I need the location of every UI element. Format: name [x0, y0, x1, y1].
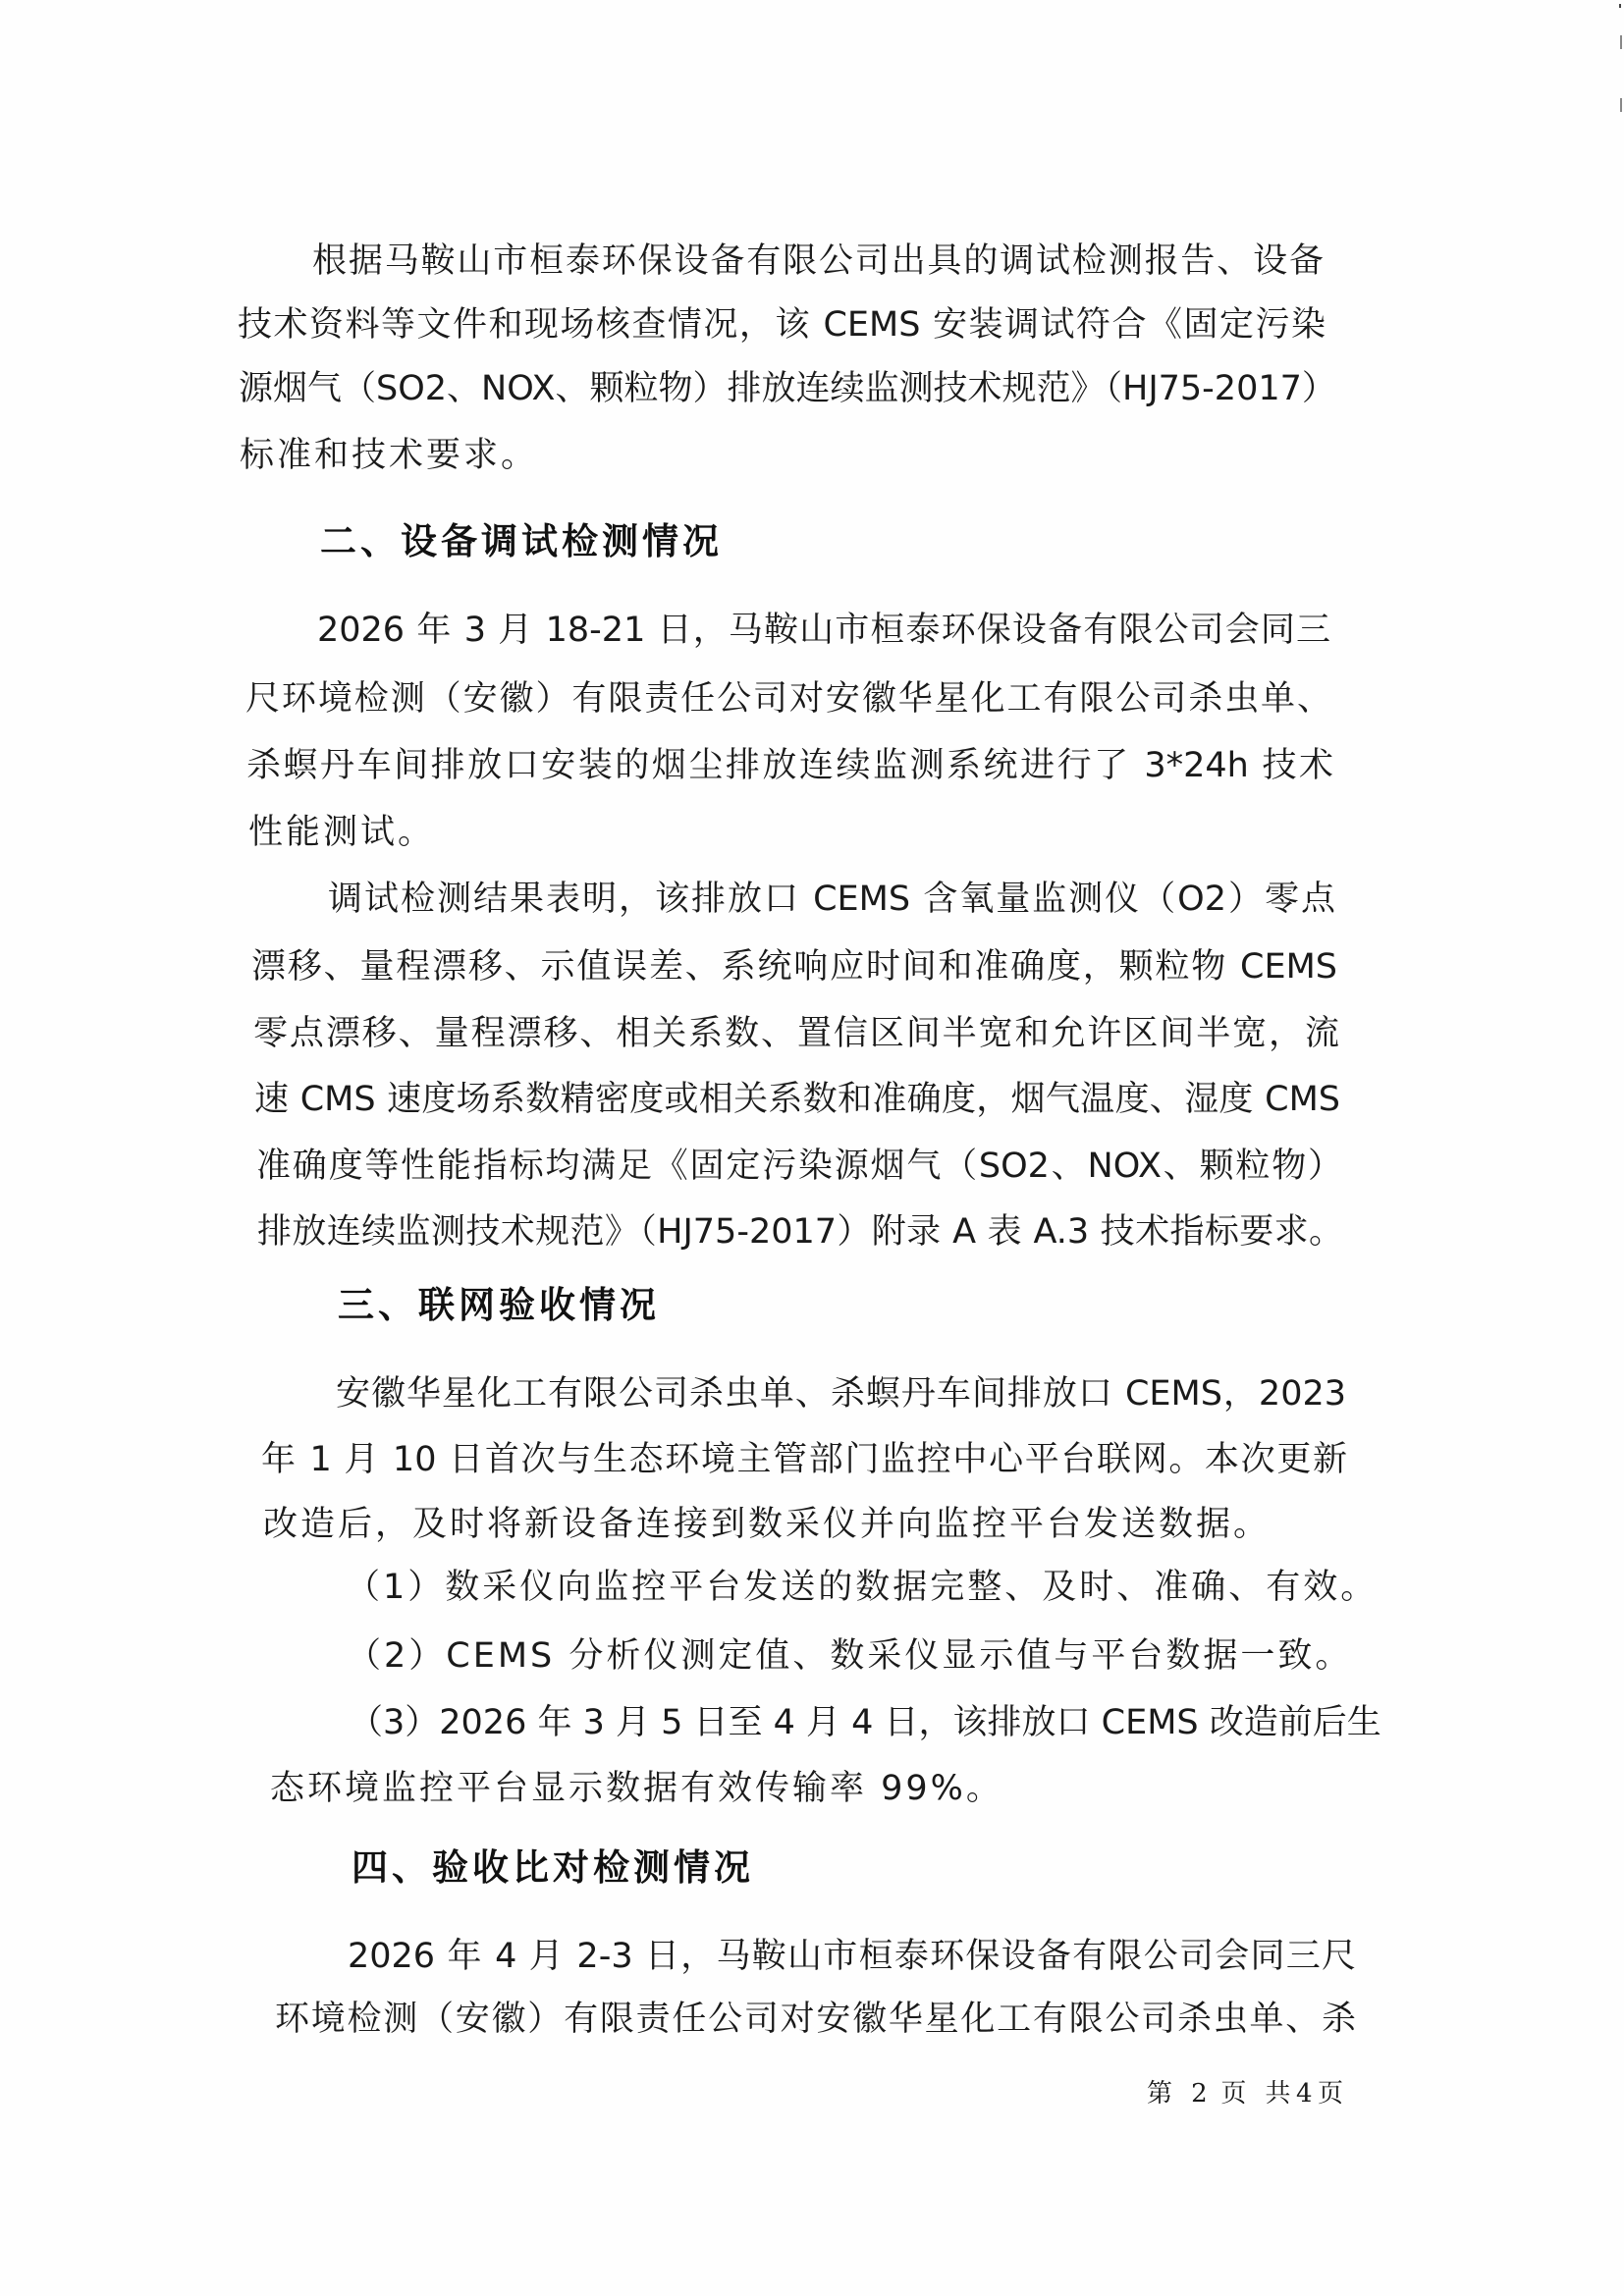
paragraph-line: 杀螟丹车间排放口安装的烟尘排放连续监测系统进行了 3*24h 技术 — [246, 740, 1333, 791]
paragraph-line: 年 1 月 10 日首次与生态环境主管部门监控中心平台联网。本次更新 — [261, 1434, 1347, 1485]
section-heading: 三、联网验收情况 — [338, 1278, 660, 1333]
paragraph-line: 源烟气（SO2、NOX、颗粒物）排放连续监测技术规范》（HJ75-2017） — [239, 363, 1326, 414]
paragraph-line: 根据马鞍山市桓泰环保设备有限公司出具的调试检测报告、设备 — [312, 236, 1324, 287]
paragraph-line: 环境检测（安徽）有限责任公司对安徽华星化工有限公司杀虫单、杀 — [275, 1994, 1356, 2045]
scan-mark — [1620, 35, 1622, 49]
list-item: （3）2026 年 3 月 5 日至 4 月 4 日，该排放口 CEMS 改造前… — [349, 1697, 1355, 1748]
paragraph-line: 性能测试。 — [248, 807, 435, 858]
paragraph-line: 技术资料等文件和现场核查情况，该 CEMS 安装调试符合《固定污染 — [238, 299, 1326, 350]
paragraph-line: 标准和技术要求。 — [240, 430, 538, 481]
scan-mark — [1620, 98, 1622, 112]
paragraph-line: 2026 年 3 月 18-21 日，马鞍山市桓泰环保设备有限公司会同三 — [317, 605, 1330, 656]
paragraph-line: 准确度等性能指标均满足《固定污染源烟气（SO2、NOX、颗粒物） — [256, 1141, 1342, 1192]
paragraph-line: 改造后，及时将新设备连接到数采仪并向监控平台发送数据。 — [263, 1499, 1271, 1550]
paragraph-line: 2026 年 4 月 2-3 日，马鞍山市桓泰环保设备有限公司会同三尺 — [348, 1931, 1356, 1982]
paragraph-line: 速 CMS 速度场系数精密度或相关系数和准确度，烟气温度、湿度 CMS — [254, 1074, 1340, 1125]
paragraph-line: 排放连续监测技术规范》（HJ75-2017）附录 A 表 A.3 技术指标要求。 — [257, 1206, 1343, 1257]
page-number: 第 2 页 共4页 — [1147, 2074, 1343, 2113]
section-heading: 四、验收比对检测情况 — [352, 1841, 754, 1896]
list-item: （1）数采仪向监控平台发送的数据完整、及时、准确、有效。 — [346, 1562, 1378, 1613]
paragraph-line: 安徽华星化工有限公司杀虫单、杀螟丹车间排放口 CEMS，2023 — [336, 1368, 1346, 1419]
scan-mark — [1619, 4, 1621, 8]
paragraph-line: 调试检测结果表明，该排放口 CEMS 含氧量监测仪（O2）零点 — [328, 874, 1335, 925]
paragraph-line: 零点漂移、量程漂移、相关系数、置信区间半宽和允许区间半宽，流 — [253, 1008, 1339, 1059]
list-item: 态环境监控平台显示数据有效传输率 99%。 — [270, 1763, 1003, 1814]
paragraph-line: 尺环境检测（安徽）有限责任公司对安徽华星化工有限公司杀虫单、 — [245, 673, 1331, 724]
document-page: 根据马鞍山市桓泰环保设备有限公司出具的调试检测报告、设备 技术资料等文件和现场核… — [0, 0, 1624, 2296]
paragraph-line: 漂移、量程漂移、示值误差、系统响应时间和准确度，颗粒物 CEMS — [251, 941, 1337, 992]
section-heading: 二、设备调试检测情况 — [320, 514, 723, 569]
list-item: （2）CEMS 分析仪测定值、数采仪显示值与平台数据一致。 — [347, 1630, 1352, 1682]
